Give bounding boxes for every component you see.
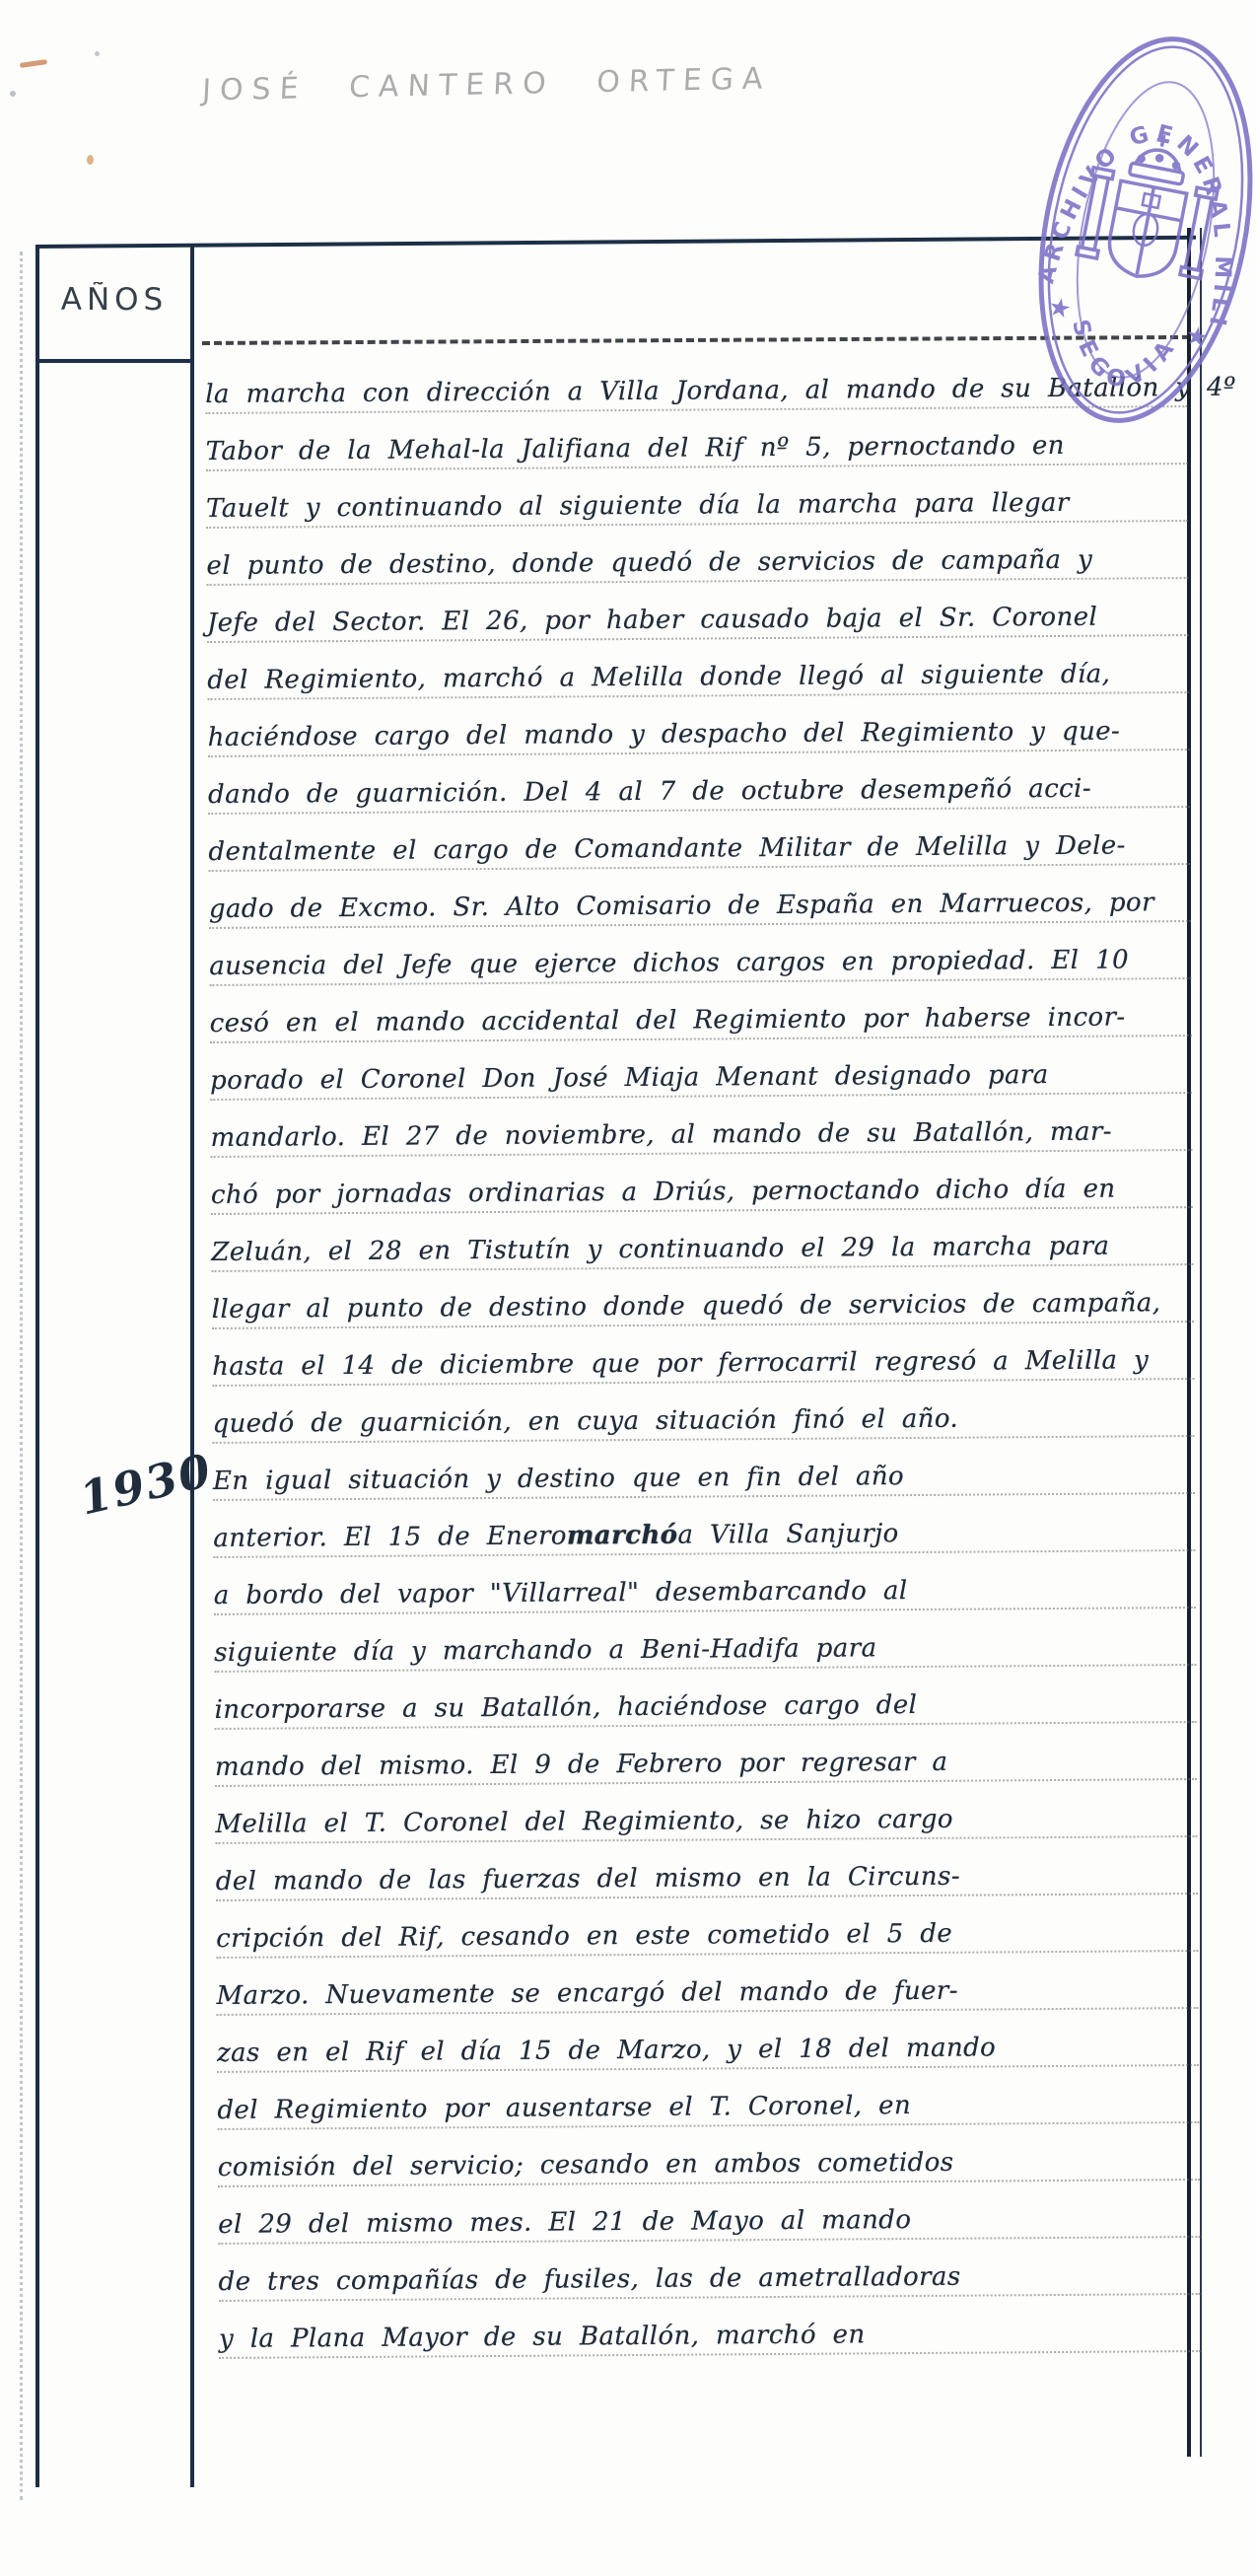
manuscript-line: el 29 del mismo mes. El 21 de Mayo al ma… <box>218 2181 1200 2245</box>
manuscript-line: anterior. El 15 de Enero marchó a Villa … <box>213 1494 1195 1558</box>
manuscript-line: porado el Coronel Don José Miaja Menant … <box>210 1037 1192 1101</box>
scanned-service-record-page: JOSÉ CANTERO ORTEGA AÑOS 1930 la marcha … <box>0 0 1257 2576</box>
table-top-border <box>35 236 1196 249</box>
manuscript-line: del mando de las fuerzas del mismo en la… <box>216 1837 1198 1901</box>
manuscript-line: incorporarse a su Batallón, haciéndose c… <box>214 1666 1196 1730</box>
manuscript-line: llegar al punto de destino donde quedó d… <box>211 1265 1193 1329</box>
manuscript-line: ausencia del Jefe que ejerce dichos carg… <box>209 922 1191 986</box>
manuscript-line: Marzo. Nuevamente se encargó del mando d… <box>216 1952 1198 2016</box>
manuscript-lines: la marcha con dirección a Villa Jordana,… <box>205 350 1205 2369</box>
years-header-label: AÑOS <box>35 282 193 318</box>
manuscript-line: quedó de guarnición, en cuya situación f… <box>212 1380 1194 1444</box>
manuscript-line: chó por jornadas ordinarias a Driús, per… <box>211 1151 1193 1215</box>
manuscript-line: mando del mismo. El 9 de Febrero por reg… <box>215 1723 1197 1787</box>
manuscript-line: Zeluán, el 28 en Tistutín y continuando … <box>211 1208 1193 1272</box>
table-left-border <box>35 247 39 2487</box>
manuscript-line: del Regimiento por ausentarse el T. Coro… <box>217 2066 1199 2130</box>
scan-artifact-orange-dash <box>20 59 47 68</box>
manuscript-line: el punto de destino, donde quedó de serv… <box>206 522 1188 586</box>
manuscript-line: mandarlo. El 27 de noviembre, al mando d… <box>210 1094 1192 1158</box>
manuscript-line: de tres compañías de fusiles, las de ame… <box>218 2238 1200 2302</box>
margin-year-1930: 1930 <box>75 1443 218 1525</box>
manuscript-line: Jefe del Sector. El 26, por haber causad… <box>207 579 1189 643</box>
manuscript-line: gado de Excmo. Sr. Alto Comisario de Esp… <box>209 865 1191 929</box>
manuscript-line: haciéndose cargo del mando y despacho de… <box>207 693 1189 757</box>
stamp-star-left-icon: ★ <box>1046 292 1075 325</box>
manuscript-line: siguiente día y marchando a Beni-Hadifa … <box>214 1609 1196 1673</box>
scan-artifact-gray-dot <box>10 91 16 97</box>
manuscript-line: y la Plana Mayor de su Batallón, marchó … <box>219 2295 1201 2359</box>
manuscript-line: dando de guarnición. Del 4 al 7 de octub… <box>208 751 1190 815</box>
manuscript-line: Melilla el T. Coronel del Regimiento, se… <box>215 1780 1197 1844</box>
manuscript-line: hasta el 14 de diciembre que por ferroca… <box>212 1323 1194 1387</box>
manuscript-line: comisión del servicio; cesando en ambos … <box>218 2123 1200 2187</box>
scan-artifact-gray-dot <box>95 51 100 56</box>
scan-artifact-edge-speckle <box>20 251 26 2500</box>
manuscript-line: del Regimiento, marchó a Melilla donde l… <box>207 636 1189 700</box>
manuscript-line: cesó en el mando accidental del Regimien… <box>209 979 1191 1043</box>
manuscript-line: En igual situación y destino que en fin … <box>213 1437 1195 1501</box>
manuscript-line: a bordo del vapor "Villarreal" desembarc… <box>214 1551 1196 1615</box>
archive-stamp: ARCHIVO GENERAL MILITAR SEGOVIA ★ ★ <box>995 8 1257 453</box>
table-column-divider <box>190 247 194 2487</box>
manuscript-line: cripción del Rif, cesando en este cometi… <box>216 1895 1198 1959</box>
pencil-name-annotation: JOSÉ CANTERO ORTEGA <box>201 60 814 107</box>
years-header-bottom-border <box>35 359 194 363</box>
scan-artifact-orange-dot <box>87 155 94 165</box>
manuscript-line: zas en el Rif el día 15 de Marzo, y el 1… <box>217 2009 1199 2073</box>
manuscript-line: Tauelt y continuando al siguiente día la… <box>206 465 1188 529</box>
manuscript-line: dentalmente el cargo de Comandante Milit… <box>208 808 1190 872</box>
